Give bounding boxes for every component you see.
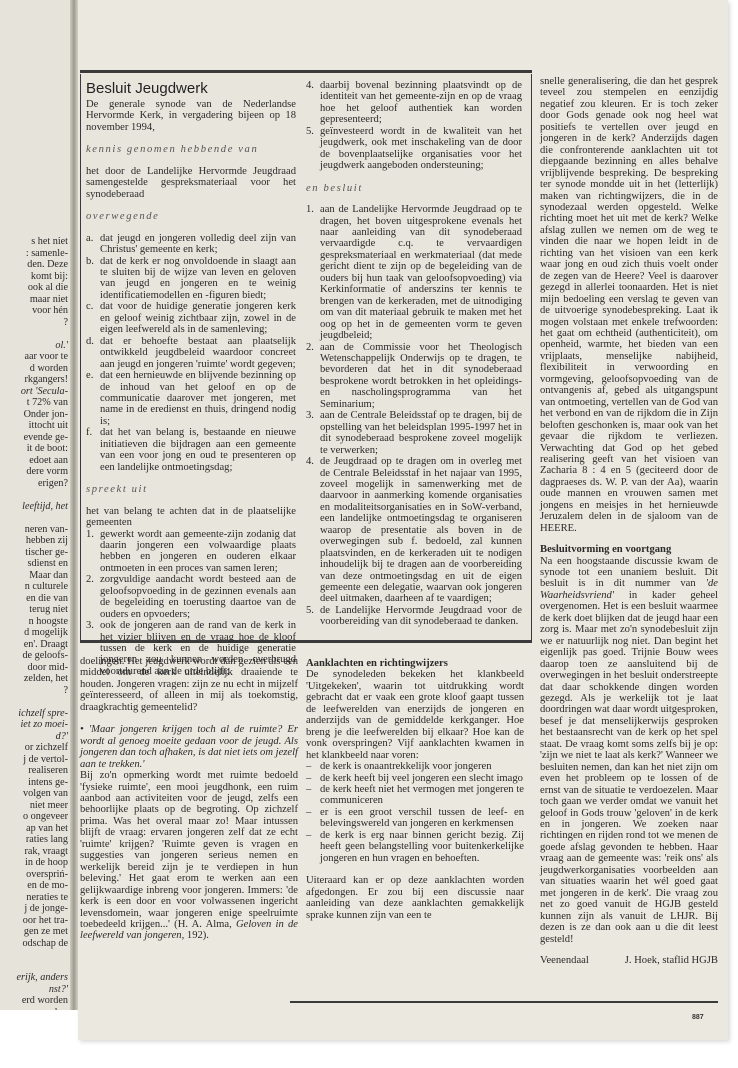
previous-page-line: gen ze met [0, 926, 68, 938]
box-top-rule [80, 70, 532, 73]
previous-page-line: volgen van [0, 788, 68, 800]
previous-page-line: : samenle- [0, 248, 68, 260]
previous-page-line: ichzelf spre- [0, 708, 68, 720]
section-label-spreekt-uit: spreekt uit [86, 484, 296, 495]
consideration-item: f.dat het van belang is, bestaande en ni… [86, 427, 296, 473]
previous-page-line: erd worden [0, 995, 68, 1007]
previous-page-line: oor het tra- [0, 915, 68, 927]
previous-page-line: dere vorm [0, 466, 68, 478]
page-bottom-rule [540, 1001, 718, 1003]
statement-item: 1.gewerkt wordt aan gemeente-zijn zodani… [86, 529, 296, 575]
consideration-item: c.dat voor de huidige generatie jongeren… [86, 301, 296, 335]
consideration-item: b.dat de kerk er nog onvoldoende in slaa… [86, 256, 296, 302]
previous-page-line: odschap de [0, 938, 68, 950]
previous-page-line: ? [0, 685, 68, 697]
article-paragraph: Na een hoogstaande discussie kwam de syn… [540, 556, 718, 945]
decision-intro: De generale synode van de Nederlandse He… [86, 99, 296, 133]
statement-item: 5.geïnvesteerd wordt in de kwaliteit van… [306, 126, 522, 172]
complaint-item: –de kerk heeft bij veel jongeren een sle… [306, 773, 524, 784]
decision-box-left-column: Besluit Jeugdwerk De generale synode van… [86, 80, 296, 677]
previous-page-line: j de jonge- [0, 903, 68, 915]
section-label-kennis: kennis genomen hebbende van [86, 144, 296, 155]
previous-page-line: n hoogste [0, 616, 68, 628]
previous-page-line: s het niet [0, 236, 68, 248]
previous-page-line [0, 512, 68, 524]
previous-page-line: leeftijd, het [0, 501, 68, 513]
previous-page-line: ittocht uit [0, 420, 68, 432]
previous-page-line: hebben zij [0, 535, 68, 547]
previous-page-line: overspriń- [0, 869, 68, 881]
previous-page-line: raties lang [0, 834, 68, 846]
previous-page-line: d worden [0, 363, 68, 375]
previous-page-line: door mid- [0, 662, 68, 674]
considerations-list: a.dat jeugd en jongeren volledig deel zi… [86, 233, 296, 474]
previous-page-line: erigen? [0, 478, 68, 490]
article-column-right: snelle generalisering, die dan het gespr… [540, 76, 718, 966]
previous-page-line: o ongeveer [0, 811, 68, 823]
consideration-item: a.dat jeugd en jongeren volledig deel zi… [86, 233, 296, 256]
previous-page-line: d mogelijk [0, 627, 68, 639]
section-label-en-besluit: en besluit [306, 183, 522, 194]
article-paragraph: snelle generalisering, die dan het gespr… [540, 76, 718, 534]
previous-page-line: aar voor te [0, 351, 68, 363]
previous-page-line: ook al die [0, 282, 68, 294]
previous-page-line: zelden, het [0, 673, 68, 685]
previous-page-line: rak, vraagt [0, 846, 68, 858]
section-label-overwegende: overwegende [86, 211, 296, 222]
section-intro-spreekt-uit: het van belang te achten dat in de plaat… [86, 506, 296, 529]
previous-page-line: in de hoop [0, 857, 68, 869]
decision-item: 2.aan de Commissie voor het Theologisch … [306, 342, 522, 411]
previous-page-line [0, 696, 68, 708]
previous-page-line: d?' [0, 731, 68, 743]
previous-page-line: ol.' [0, 340, 68, 352]
previous-page-line: voor hén [0, 305, 68, 317]
article-paragraph: De synodeleden bekeken het klankbeeld 'U… [306, 669, 524, 761]
previous-page-line: j de vertol- [0, 754, 68, 766]
page-gutter [70, 0, 78, 1010]
section-text-kennis: het door de Landelijke Hervormde Jeugdra… [86, 166, 296, 200]
previous-page-line: evende ge- [0, 432, 68, 444]
decisions-list: 1.aan de Landelijke Hervormde Jeugdraad … [306, 204, 522, 628]
previous-page-line: en'. Draagt [0, 639, 68, 651]
signature-place: Veenendaal [540, 955, 589, 966]
previous-page-line: en de mo- [0, 880, 68, 892]
signature-name: J. Hoek, staflid HGJB [625, 955, 718, 966]
previous-page-line: ? [0, 317, 68, 329]
previous-page-text: s het niet: samenle-den. Dezekomt bij:oo… [0, 236, 68, 1010]
previous-page-line: maar niet [0, 294, 68, 306]
statement-item: 2.zorgvuldige aandacht wordt besteed aan… [86, 574, 296, 620]
article-column-left: doelingen. Het jeugdwerk wordt dan gezie… [80, 656, 298, 942]
previous-page-line: iet zo moei- [0, 719, 68, 731]
section-heading-besluitvorming: Besluitvorming en voortgang [540, 544, 718, 555]
previous-page-line: rkgangers! [0, 374, 68, 386]
previous-page-line: den. Deze [0, 259, 68, 271]
article-quote: • 'Maar jongeren krijgen toch al de ruim… [80, 724, 298, 770]
article-column-middle: Aanklachten en richtingwijzers De synode… [306, 648, 524, 921]
previous-page-line: erijk, anders [0, 972, 68, 984]
author-signature: Veenendaal J. Hoek, staflid HGJB [540, 955, 718, 966]
decision-box-right-column: 4.daarbij bovenal bezinning plaatsvindt … [306, 80, 522, 628]
previous-page-line: neraties te [0, 892, 68, 904]
complaint-item: –de kerk heeft niet het vermogen met jon… [306, 784, 524, 807]
decision-title: Besluit Jeugdwerk [86, 80, 296, 97]
article-paragraph: Bij zo'n opmerking wordt met ruimte bedo… [80, 770, 298, 942]
decision-item: 4.de Jeugdraad op te dragen om in overle… [306, 456, 522, 605]
previous-page-line: neren van- [0, 524, 68, 536]
previous-page-line: intens ge- [0, 777, 68, 789]
section-heading-aanklachten: Aanklachten en richtingwijzers [306, 658, 524, 669]
statement-item: 4.daarbij bovenal bezinning plaatsvindt … [306, 80, 522, 126]
previous-page-line: nst?' [0, 984, 68, 996]
previous-page-line: Onder jon- [0, 409, 68, 421]
consideration-item: e.dat een hernieuwde en blijvende bezinn… [86, 370, 296, 427]
previous-page-line: n culturele [0, 581, 68, 593]
previous-page-line: ort 'Secula- [0, 386, 68, 398]
previous-page-line [0, 949, 68, 961]
complaints-list: –de kerk is onaantrekkelijk voor jongere… [306, 761, 524, 864]
article-paragraph: Uiteraard kan er op deze aanklachten wor… [306, 875, 524, 921]
magazine-page: Besluit Jeugdwerk De generale synode van… [78, 0, 728, 1040]
previous-page-line [0, 961, 68, 973]
decision-item: 3.aan de Centrale Beleidsstaf op te drag… [306, 410, 522, 456]
complaint-item: –de kerk is erg naar binnen gericht bezi… [306, 830, 524, 864]
previous-page-line: terug niet [0, 604, 68, 616]
previous-page-line: or zichzelf [0, 742, 68, 754]
previous-page-line: it de boot: [0, 443, 68, 455]
previous-page-fragment: s het niet: samenle-den. Dezekomt bij:oo… [0, 0, 70, 1010]
previous-page-line: zen en be- [0, 1007, 68, 1011]
previous-page-line: komt bij: [0, 271, 68, 283]
article-paragraph: doelingen. Het jeugdwerk wordt dan gezie… [80, 656, 298, 713]
bullet-icon: • [80, 724, 84, 735]
previous-page-line: de geloofs- [0, 650, 68, 662]
complaint-item: –er is een groot verschil tussen de leef… [306, 807, 524, 830]
decision-item: 1.aan de Landelijke Hervormde Jeugdraad … [306, 204, 522, 341]
previous-page-line: realiseren [0, 765, 68, 777]
previous-page-line: niet meer [0, 800, 68, 812]
previous-page-line: ap van het [0, 823, 68, 835]
page-bottom-rule-left [290, 1001, 540, 1003]
previous-page-line: en die van [0, 593, 68, 605]
previous-page-line: tischer ge- [0, 547, 68, 559]
decision-item: 5.de Landelijke Hervormde Jeugdraad voor… [306, 605, 522, 628]
complaint-item: –de kerk is onaantrekkelijk voor jongere… [306, 761, 524, 772]
consideration-item: d.dat er behoefte bestaat aan plaatselij… [86, 336, 296, 370]
previous-page-line: sdienst en [0, 558, 68, 570]
page-number: 887 [692, 1014, 704, 1021]
previous-page-line: Maar dan [0, 570, 68, 582]
previous-page-line [0, 489, 68, 501]
previous-page-line: t 72% van [0, 397, 68, 409]
previous-page-line [0, 328, 68, 340]
statements-list-continued: 4.daarbij bovenal bezinning plaatsvindt … [306, 80, 522, 172]
previous-page-line: edoet aan [0, 455, 68, 467]
